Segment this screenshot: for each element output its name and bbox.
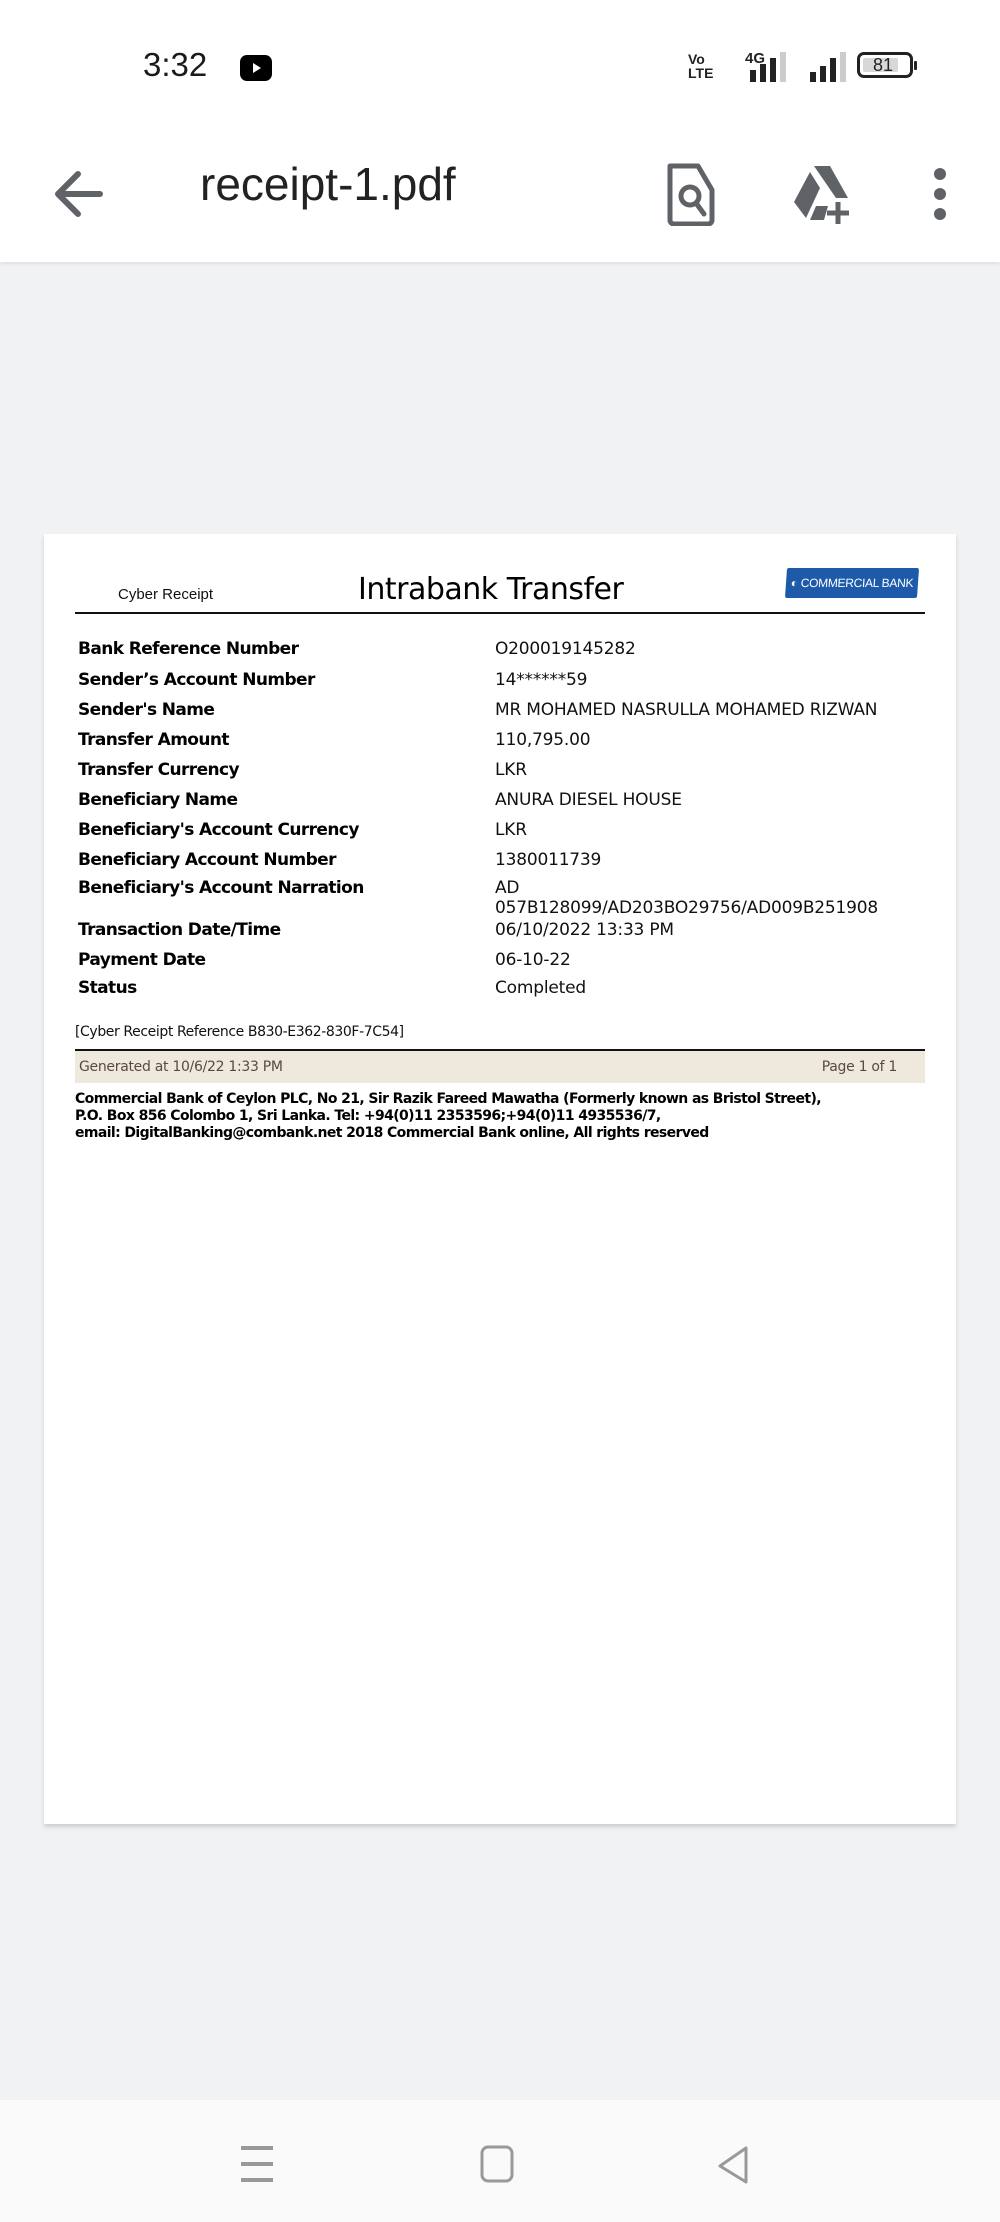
field-value: AD [495,878,519,898]
signal-strength-icon-1 [750,52,786,82]
back-icon[interactable] [714,2144,754,2184]
field-label: Beneficiary's Account Narration [78,878,364,898]
field-value: MR MOHAMED NASRULLA MOHAMED RIZWAN [495,700,877,720]
document-title: receipt-1.pdf [200,157,456,211]
generated-timestamp: Generated at 10/6/22 1:33 PM [79,1059,283,1075]
field-label: Bank Reference Number [78,639,298,659]
find-in-document-icon[interactable] [664,162,720,226]
commercial-bank-logo: ◐︎ COMMERCIAL BANK [785,568,919,598]
field-value: 06/10/2022 13:33 PM [495,920,674,940]
field-value: LKR [495,820,527,840]
field-value: 06-10-22 [495,950,571,970]
back-arrow-icon[interactable] [50,166,106,222]
field-value: LKR [495,760,527,780]
field-value: 110,795.00 [495,730,590,750]
page-indicator: Page 1 of 1 [822,1059,897,1075]
field-value: 1380011739 [495,850,601,870]
field-label: Transfer Currency [78,760,239,780]
home-icon[interactable] [478,2144,518,2184]
field-label: Beneficiary Account Number [78,850,336,870]
battery-icon: 81 [857,52,913,78]
header-divider [75,612,925,614]
field-value: ANURA DIESEL HOUSE [495,790,682,810]
receipt-heading: Intrabank Transfer [358,572,623,607]
clock: 3:32 [143,46,207,84]
battery-level: 81 [860,55,906,75]
system-nav-bar [0,2100,1000,2222]
field-value: Completed [495,978,586,998]
field-label: Sender's Name [78,700,214,720]
field-label: Sender’s Account Number [78,670,315,690]
field-label: Beneficiary Name [78,790,237,810]
more-vert-icon[interactable] [920,162,960,226]
volte-icon: VoLTE [688,52,713,80]
footer-band: Generated at 10/6/22 1:33 PM Page 1 of 1 [75,1051,925,1083]
field-label: Transaction Date/Time [78,920,281,940]
add-to-drive-icon[interactable] [790,162,846,226]
field-value: 14******59 [495,670,587,690]
signal-strength-icon-2 [810,52,846,82]
bank-address: Commercial Bank of Ceylon PLC, No 21, Si… [75,1091,821,1142]
field-value: O200019145282 [495,639,636,659]
bank-logo-text: COMMERCIAL BANK [800,576,913,590]
address-line: email: DigitalBanking@combank.net 2018 C… [75,1125,821,1142]
field-label: Transfer Amount [78,730,229,750]
status-bar: 3:32 VoLTE 4G 81 [0,0,1000,130]
field-label: Payment Date [78,950,205,970]
app-bar: receipt-1.pdf [0,130,1000,262]
field-value-continued: 057B128099/AD203BO29756/AD009B251908 [495,898,878,918]
field-label: Status [78,978,137,998]
field-label: Beneficiary's Account Currency [78,820,359,840]
pdf-page[interactable]: Cyber Receipt Intrabank Transfer ◐︎ COMM… [44,534,956,1824]
youtube-icon [240,55,272,81]
cyber-receipt-reference: [Cyber Receipt Reference B830-E362-830F-… [75,1024,404,1040]
address-line: P.O. Box 856 Colombo 1, Sri Lanka. Tel: … [75,1108,821,1125]
cyber-receipt-label: Cyber Receipt [118,586,213,603]
recents-icon[interactable] [237,2144,277,2184]
address-line: Commercial Bank of Ceylon PLC, No 21, Si… [75,1091,821,1108]
